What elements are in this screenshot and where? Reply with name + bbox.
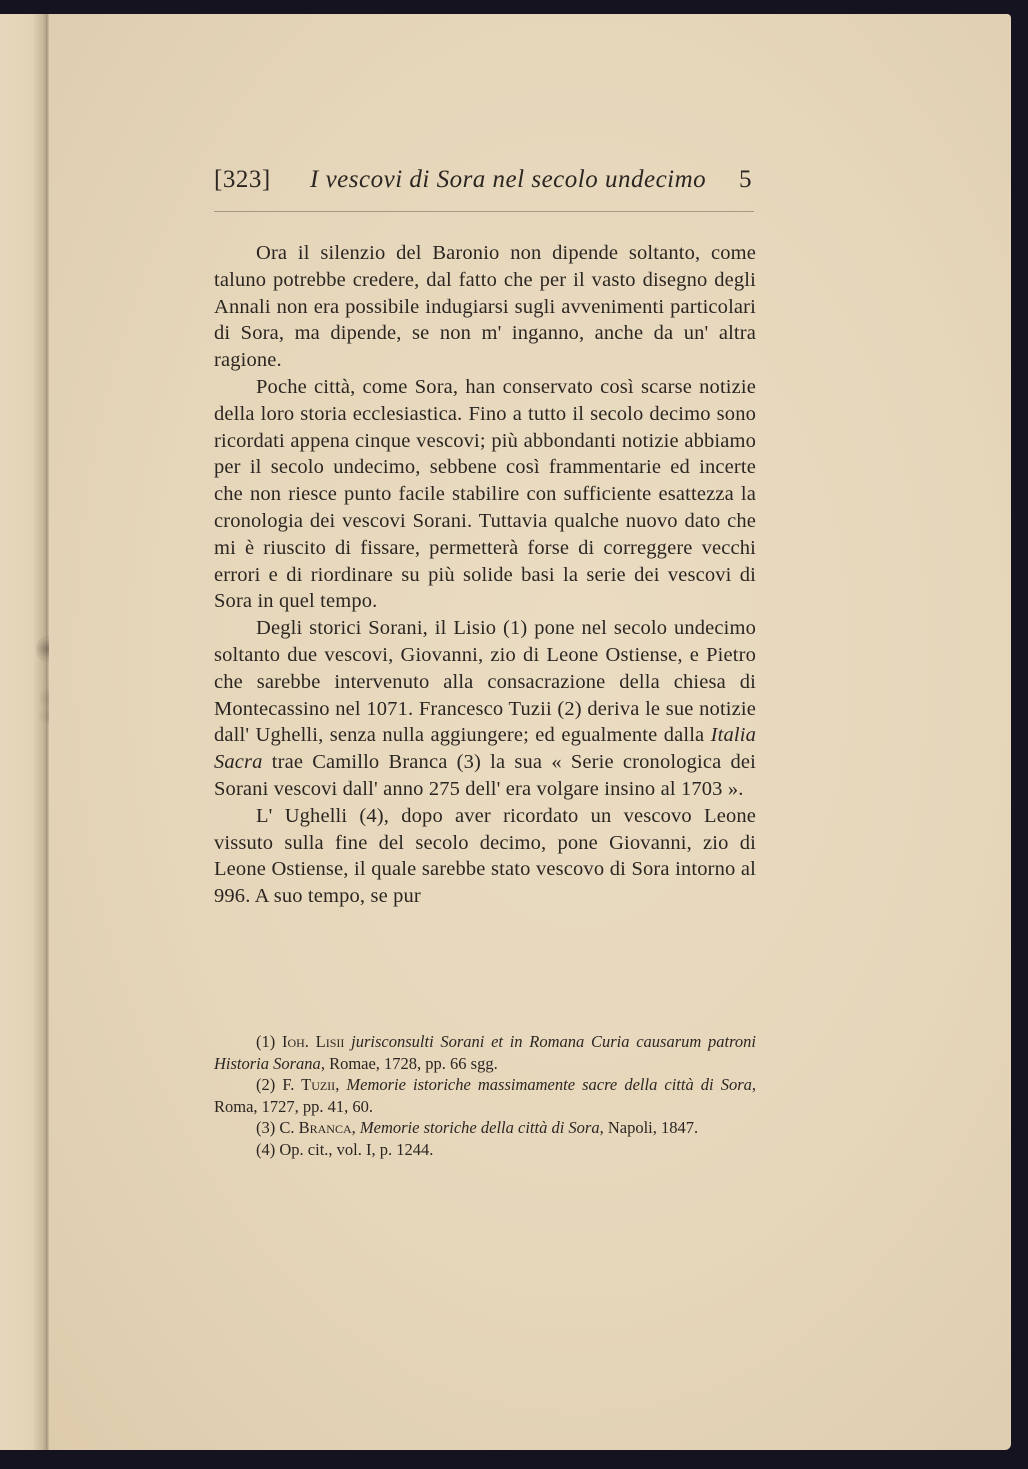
paragraph: Degli storici Sorani, il Lisio (1) pone …	[214, 615, 756, 803]
previous-page-edge	[0, 14, 46, 1450]
header-rule	[214, 211, 754, 212]
footnote-details: , Napoli, 1847.	[600, 1118, 699, 1137]
footnote-details: Op. cit., vol. I, p. 1244.	[279, 1140, 433, 1159]
footnote-title: Memorie storiche della città di Sora	[360, 1118, 600, 1137]
footnote: (1) Ioh. Lisii jurisconsulti Sorani et i…	[214, 1031, 756, 1074]
footnote-number: (1)	[256, 1032, 275, 1051]
footnote-number: (3)	[256, 1118, 275, 1137]
footnote-author: Ioh. Lisii	[282, 1032, 344, 1051]
running-title: I vescovi di Sora nel secolo undecimo	[310, 166, 706, 194]
original-page-ref: [323]	[214, 166, 271, 194]
paragraph: Poche città, come Sora, han conservato c…	[214, 374, 756, 615]
footnote-author: F. Tuzii	[282, 1075, 335, 1094]
footnote: (4) Op. cit., vol. I, p. 1244.	[214, 1139, 756, 1161]
running-head: [323] I vescovi di Sora nel secolo undec…	[214, 166, 754, 202]
paragraph: Ora il silenzio del Baronio non dipende …	[214, 240, 756, 374]
footnote-number: (2)	[256, 1075, 275, 1094]
footnotes: (1) Ioh. Lisii jurisconsulti Sorani et i…	[214, 1031, 756, 1160]
paragraph-text: trae Camillo Branca (3) la sua « Serie c…	[214, 751, 756, 800]
body-text: Ora il silenzio del Baronio non dipende …	[214, 240, 756, 910]
page-number: 5	[739, 166, 752, 194]
footnote: (2) F. Tuzii, Memorie istoriche massimam…	[214, 1074, 756, 1117]
footnote-title: Memorie istoriche massimamente sacre del…	[346, 1075, 752, 1094]
footnote-number: (4)	[256, 1140, 275, 1159]
footnote-author: C. Branca	[279, 1118, 351, 1137]
paragraph: L' Ughelli (4), dopo aver ricordato un v…	[214, 803, 756, 910]
footnote: (3) C. Branca, Memorie storiche della ci…	[214, 1117, 756, 1139]
paragraph-text: Degli storici Sorani, il Lisio (1) pone …	[214, 617, 756, 746]
footnote-details: , Romae, 1728, pp. 66 sgg.	[321, 1054, 498, 1073]
